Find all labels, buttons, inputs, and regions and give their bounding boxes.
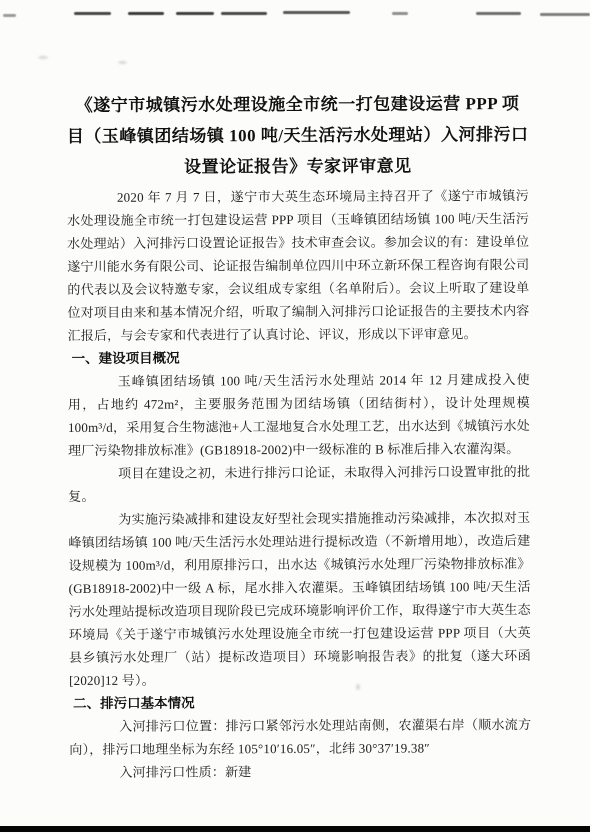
scan-dash [283,11,350,14]
document-title-line-3: 设置论证报告》专家评审意见 [67,150,529,183]
scan-dash [74,12,111,15]
scan-bottom-edge-bar [0,826,590,832]
section-2-heading: 二、排污口基本情况 [69,690,531,715]
section-1-heading: 一、建设项目概况 [68,345,530,370]
intro-paragraph: 2020 年 7 月 7 日，遂宁市大英生态环境局主持召开了《遂宁市城镇污水处理… [67,184,530,347]
scan-dash [540,13,590,16]
section-2-paragraph-1: 入河排污口位置：排污口紧邻污水处理站南侧，农灌渠右岸（顺水流方向），排污口地理坐… [69,713,531,761]
scan-dash [221,12,267,15]
scan-smudge [38,56,48,59]
scan-dash [176,12,214,15]
scan-smudge [118,61,127,64]
scan-dash [476,12,521,15]
scanned-document-page: 《遂宁市城镇污水处理设施全市统一打包建设运营 PPP 项 目（玉峰镇团结场镇 1… [0,0,590,834]
document-title-line-2: 目（玉峰镇团结场镇 100 吨/天生活污水处理站）入河排污口 [67,119,529,152]
scan-dash [3,14,16,17]
section-2-paragraph-2: 入河排污口性质：新建 [69,759,531,784]
section-1-paragraph-3: 为实施污染减排和建设友好型社会现实措施推动污染减排，本次拟对玉峰镇团结场镇 10… [68,506,531,692]
section-1-paragraph-1: 玉峰镇团结场镇 100 吨/天生活污水处理站 2014 年 12 月建成投入使用… [68,368,530,462]
scan-dash [128,12,164,15]
document-title-line-1: 《遂宁市城镇污水处理设施全市统一打包建设运营 PPP 项 [66,88,528,121]
section-1-paragraph-2: 项目在建设之初，未进行排污口论证，未取得入河排污口设置审批的批复。 [68,460,530,508]
scan-dash [392,12,408,15]
document-content: 《遂宁市城镇污水处理设施全市统一打包建设运营 PPP 项 目（玉峰镇团结场镇 1… [66,88,531,784]
document-title: 《遂宁市城镇污水处理设施全市统一打包建设运营 PPP 项 目（玉峰镇团结场镇 1… [66,88,528,183]
